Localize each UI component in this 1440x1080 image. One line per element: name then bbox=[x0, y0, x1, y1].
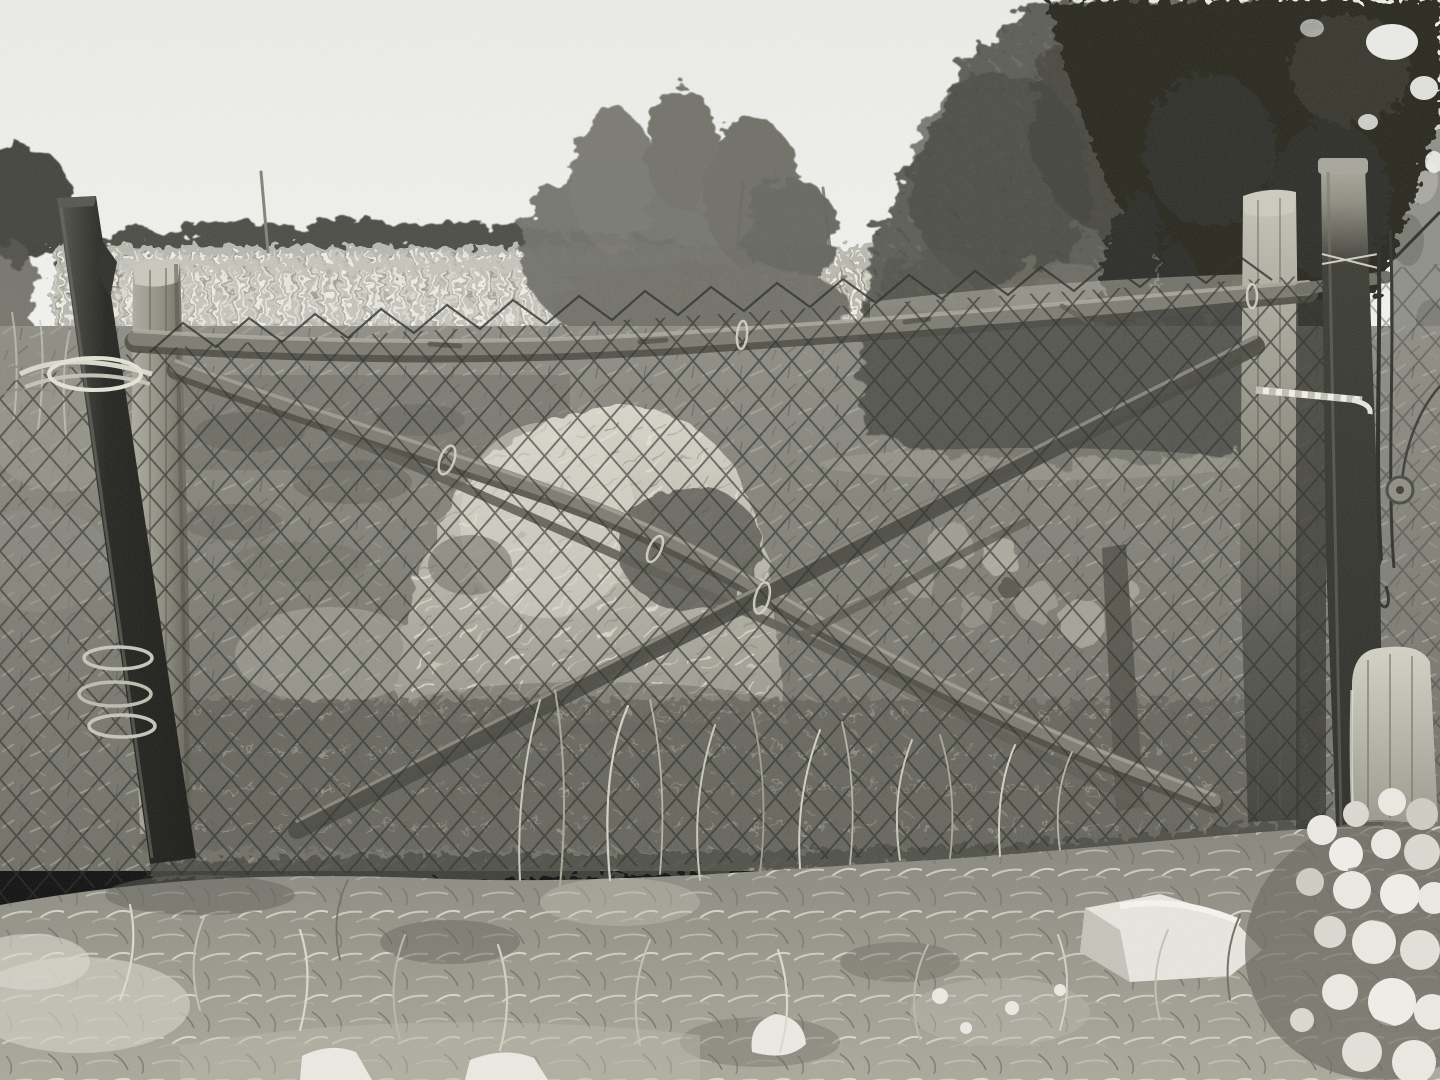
photograph bbox=[0, 0, 1440, 1080]
film-grain bbox=[0, 0, 1440, 1080]
